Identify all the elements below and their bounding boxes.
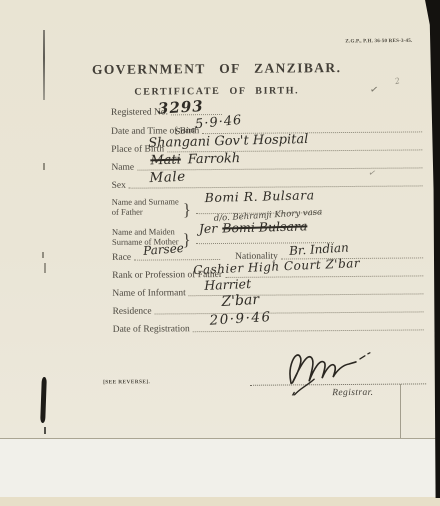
scanned-birth-certificate: Z.G.P., P.H. 36-50 RES-3-45. GOVERNMENT … (0, 0, 440, 506)
handwritten-place-of-birth: Shangani Gov't Hospital (148, 133, 308, 150)
handwritten-nationality: Br. Indian (289, 241, 349, 257)
certificate-content: Z.G.P., P.H. 36-50 RES-3-45. GOVERNMENT … (0, 0, 440, 440)
label-line1: Name and Surname (112, 196, 179, 207)
field-label: Race (112, 253, 131, 264)
see-reverse-note: [SEE REVERSE]. (103, 380, 150, 386)
spacer (221, 259, 235, 260)
struck-out-text: Bomi Bulsara (222, 218, 307, 235)
handwritten-father-name: Bomi R. Bulsara (205, 189, 315, 204)
handwritten-registered-no: 3293 (158, 99, 205, 117)
form-reference-number: Z.G.P., P.H. 36-50 RES-3-45. (312, 38, 412, 44)
handwritten-name: MatiFarrokh (150, 152, 240, 167)
field-label: Sex (112, 181, 126, 192)
field-label: Name of Informant (112, 288, 185, 299)
dotted-leader (193, 329, 424, 333)
mother-value: Jer (199, 221, 218, 236)
check-mark: ✓ (369, 84, 379, 96)
handwritten-race: Parsee (143, 242, 185, 257)
field-row-informant: Name of Informant (112, 286, 424, 299)
check-mark: ✓ (367, 167, 377, 179)
handwritten-sex: Male (149, 171, 186, 186)
scan-bottom-strip (0, 497, 440, 506)
label-line2: of Father (112, 207, 143, 217)
page-title: GOVERNMENT OF ZANZIBAR. (0, 59, 435, 78)
dotted-leader (225, 275, 423, 279)
struck-out-text: Mati (150, 153, 181, 169)
underlying-page (0, 439, 440, 497)
handwritten-mother-name: JerBomi Bulsara (199, 220, 308, 235)
dotted-leader (134, 258, 220, 261)
spacer (323, 212, 424, 214)
handwritten-residence: Z'bar (221, 293, 259, 309)
name-value: Farrokh (188, 151, 241, 167)
field-label: Name (111, 163, 134, 174)
dotted-leader (155, 311, 424, 315)
field-label: Residence (113, 307, 152, 318)
label-line1: Name and Maiden (112, 226, 175, 236)
brace-glyph: } (183, 203, 191, 217)
handwritten-informant: Harriet (204, 278, 251, 292)
field-label: Name and Surname of Father (112, 196, 179, 217)
registrar-label: Registrar. (332, 388, 373, 398)
field-label: Date of Registration (113, 324, 190, 335)
